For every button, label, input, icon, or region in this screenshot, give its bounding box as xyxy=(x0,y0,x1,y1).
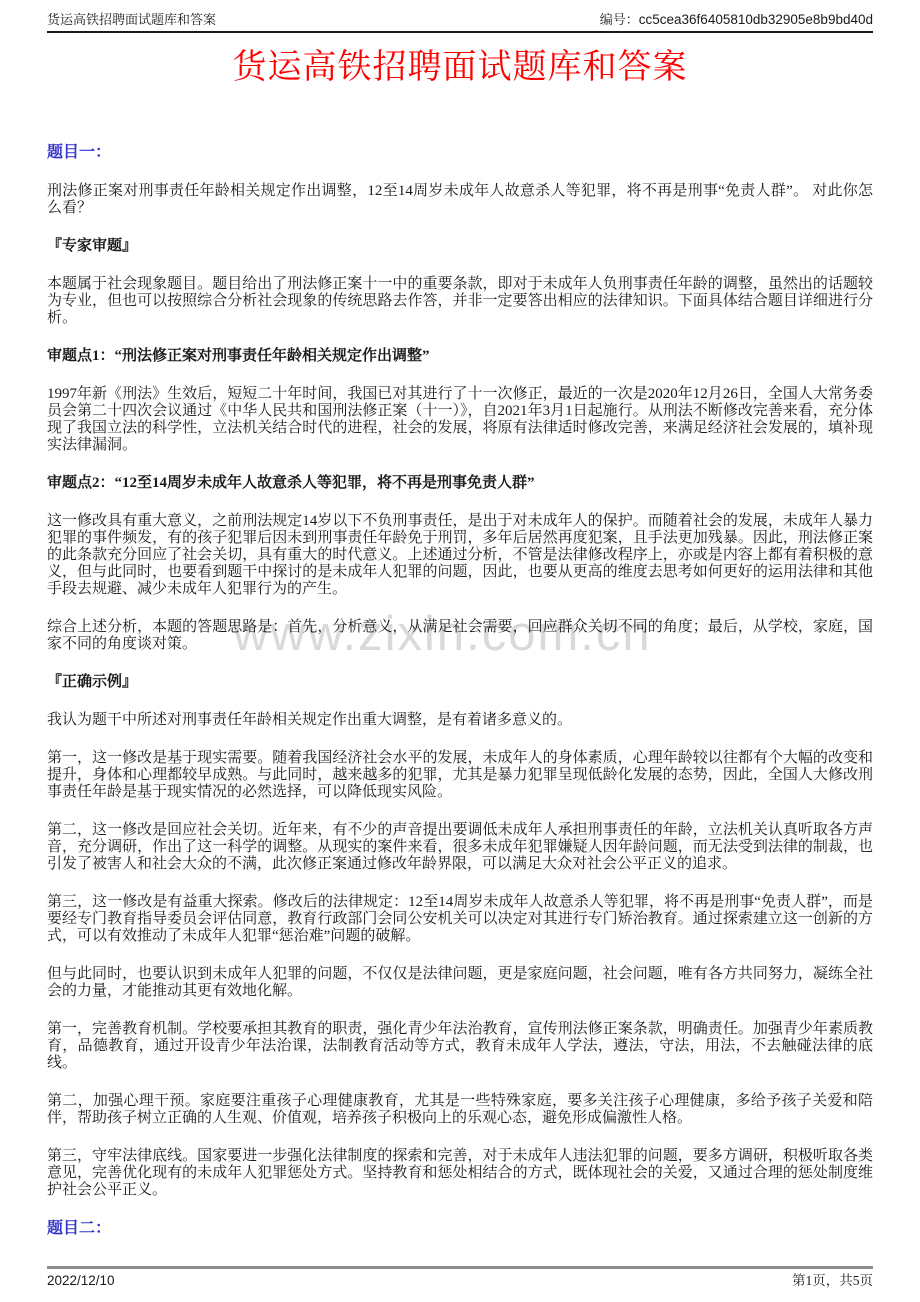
paragraph: 刑法修正案对刑事责任年龄相关规定作出调整，12至14周岁未成年人故意杀人等犯罪，… xyxy=(47,183,873,217)
doc-number-label: 编号： xyxy=(600,12,639,27)
paragraph: 第三，这一修改是有益重大探索。修改后的法律规定：12至14周岁未成年人故意杀人等… xyxy=(47,894,873,945)
header-doc-title: 货运高铁招聘面试题库和答案 xyxy=(47,12,216,28)
page-footer: 2022/12/10 第1页，共5页 xyxy=(47,1266,873,1289)
bracket-heading: 『正确示例』 xyxy=(47,674,873,691)
paragraph: 本题属于社会现象题目。题目给出了刑法修正案十一中的重要条款，即对于未成年人负刑事… xyxy=(47,276,873,327)
paragraph: 第二，这一修改是回应社会关切。近年来，有不少的声音提出要调低未成年人承担刑事责任… xyxy=(47,822,873,873)
doc-number-value: cc5cea36f6405810db32905e8b9bd40d xyxy=(639,12,873,27)
paragraph: 但与此同时，也要认识到未成年人犯罪的问题，不仅仅是法律问题，更是家庭问题，社会问… xyxy=(47,966,873,1000)
footer-page-info: 第1页，共5页 xyxy=(792,1273,873,1289)
paragraph: 第二，加强心理干预。家庭要注重孩子心理健康教育，尤其是一些特殊家庭，要多关注孩子… xyxy=(47,1093,873,1127)
paragraph: 第一，这一修改是基于现实需要。随着我国经济社会水平的发展，未成年人的身体素质，心… xyxy=(47,750,873,801)
bold-heading: 审题点1：“刑法修正案对刑事责任年龄相关规定作出调整” xyxy=(47,348,873,365)
paragraph: 1997年新《刑法》生效后，短短二十年时间，我国已对其进行了十一次修正，最近的一… xyxy=(47,386,873,454)
paragraph: 综合上述分析，本题的答题思路是：首先，分析意义，从满足社会需要，回应群众关切不同… xyxy=(47,619,873,653)
document-content: 题目一：刑法修正案对刑事责任年龄相关规定作出调整，12至14周岁未成年人故意杀人… xyxy=(47,144,873,1238)
blue-heading: 题目一： xyxy=(47,144,873,162)
paragraph: 第三，守牢法律底线。国家要进一步强化法律制度的探索和完善，对于未成年人违法犯罪的… xyxy=(47,1148,873,1199)
document-page: 货运高铁招聘面试题库和答案 编号：cc5cea36f6405810db32905… xyxy=(0,0,920,1302)
paragraph: 第一，完善教育机制。学校要承担其教育的职责，强化青少年法治教育，宣传刑法修正案条… xyxy=(47,1021,873,1072)
paragraph: 我认为题干中所述对刑事责任年龄相关规定作出重大调整，是有着诸多意义的。 xyxy=(47,712,873,729)
bold-heading: 审题点2：“12至14周岁未成年人故意杀人等犯罪，将不再是刑事免责人群” xyxy=(47,475,873,492)
bracket-heading: 『专家审题』 xyxy=(47,238,873,255)
header-doc-number: 编号：cc5cea36f6405810db32905e8b9bd40d xyxy=(600,12,873,28)
page-title: 货运高铁招聘面试题库和答案 xyxy=(47,47,873,89)
blue-heading: 题目二： xyxy=(47,1220,873,1238)
footer-date: 2022/12/10 xyxy=(47,1273,115,1289)
page-header: 货运高铁招聘面试题库和答案 编号：cc5cea36f6405810db32905… xyxy=(47,0,873,33)
paragraph: 这一修改具有重大意义，之前刑法规定14岁以下不负刑事责任，是出于对未成年人的保护… xyxy=(47,513,873,598)
